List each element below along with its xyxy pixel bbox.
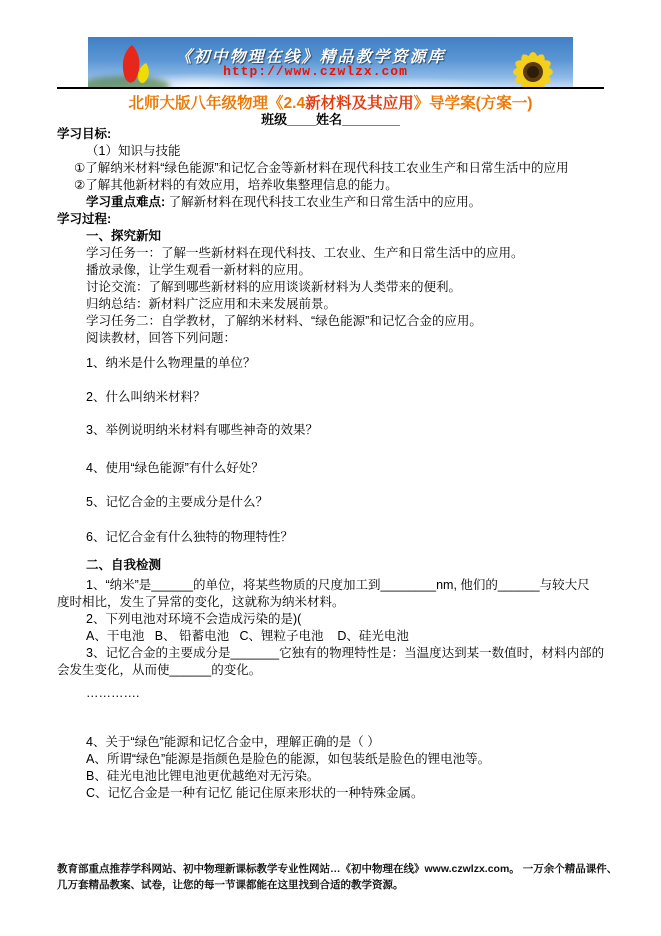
- doc-line: 4、关于“绿色”能源和记忆合金中，理解正确的是（ ）: [86, 734, 622, 751]
- doc-line: 一、探究新知: [86, 228, 622, 245]
- site-banner: 《初中物理在线》精品教学资源库 http://www.czwlzx.com: [88, 37, 573, 88]
- doc-line: C、记忆合金是一种有记忆 能记住原来形状的一种特殊金属。: [86, 785, 622, 802]
- sunflower-icon: [503, 37, 573, 88]
- banner-site-url: http://www.czwlzx.com: [118, 64, 513, 79]
- doc-line: 2、什么叫纳米材料？: [86, 389, 622, 406]
- doc-line: 讨论交流：了解到哪些新材料的应用谈谈新材料为人类带来的便利。: [86, 279, 622, 296]
- page: { "banner": { "site_title": "《初中物理在线》精品教…: [0, 0, 661, 936]
- doc-line: 度时相比，发生了异常的变化，这就称为纳米材料。: [57, 594, 622, 611]
- doc-line: 学习重点难点: 了解新材料在现代科技工农业生产和日常生活中的应用。: [86, 194, 622, 211]
- doc-line: B、硅光电池比锂电池更优越绝对无污染。: [86, 768, 622, 785]
- doc-line: 阅读教材，回答下列问题：: [86, 330, 622, 347]
- doc-line: 3、举例说明纳米材料有哪些神奇的效果？: [86, 422, 622, 439]
- doc-line: 学习任务二：自学教材，了解纳米材料、“绿色能源”和记忆合金的应用。: [86, 313, 622, 330]
- banner-divider: [57, 87, 604, 89]
- doc-line: 3、记忆合金的主要成分是_______它独有的物理特性是：当温度达到某一数值时，…: [86, 645, 622, 662]
- page-footer: 教育部重点推荐学科网站、初中物理新课标教学专业性网站…《初中物理在线》www.c…: [57, 858, 623, 893]
- doc-line: 4、使用“绿色能源”有什么好处？: [86, 460, 622, 477]
- doc-line-label: 学习过程:: [57, 212, 111, 226]
- doc-line: 1、“纳米”是______的单位，将某些物质的尺度加工到________nm, …: [86, 577, 622, 594]
- doc-line: ………….: [86, 685, 622, 702]
- doc-line: 归纳总结：新材料广泛应用和未来发展前景。: [86, 296, 622, 313]
- doc-line: 2、下列电池对环境不会造成污染的是)(: [86, 611, 622, 628]
- doc-line: 播放录像，让学生观看一新材料的应用。: [86, 262, 622, 279]
- doc-line: ①了解纳米材料“绿色能源”和记忆合金等新材料在现代科技工农业生产和日常生活中的应…: [74, 160, 622, 177]
- doc-line: ②了解其他新材料的有效应用，培养收集整理信息的能力。: [74, 177, 622, 194]
- doc-line: 6、记忆合金有什么独特的物理特性？: [86, 529, 622, 546]
- doc-line: 学习目标:: [57, 126, 622, 143]
- doc-line: A、干电池 B、 铅蓄电池 C、锂粒子电池 D、硅光电池: [86, 628, 622, 645]
- document-body: 学习目标:（1）知识与技能①了解纳米材料“绿色能源”和记忆合金等新材料在现代科技…: [57, 126, 622, 802]
- doc-line: 会发生变化，从而使______的变化。: [57, 662, 622, 679]
- doc-line: 5、记忆合金的主要成分是什么？: [86, 494, 622, 511]
- doc-line: A、所谓“绿色”能源是指颜色是脸色的能源，如包装纸是脸色的锂电池等。: [86, 751, 622, 768]
- doc-line: 学习过程:: [57, 211, 622, 228]
- doc-line: 二、自我检测: [86, 557, 622, 574]
- footer-line: 几万套精品教案、试卷，让您的每一节课都能在这里找到合适的教学资源。: [57, 877, 623, 893]
- doc-line: 学习任务一：了解一些新材料在现代科技、工农业、生产和日常生活中的应用。: [86, 245, 622, 262]
- footer-line: 教育部重点推荐学科网站、初中物理新课标教学专业性网站…《初中物理在线》www.c…: [57, 861, 623, 877]
- doc-line-label: 学习重点难点:: [86, 195, 165, 209]
- doc-line: 1、纳米是什么物理量的单位？: [86, 355, 622, 372]
- doc-line-label: 学习目标:: [57, 127, 111, 141]
- doc-line: （1）知识与技能: [86, 143, 622, 160]
